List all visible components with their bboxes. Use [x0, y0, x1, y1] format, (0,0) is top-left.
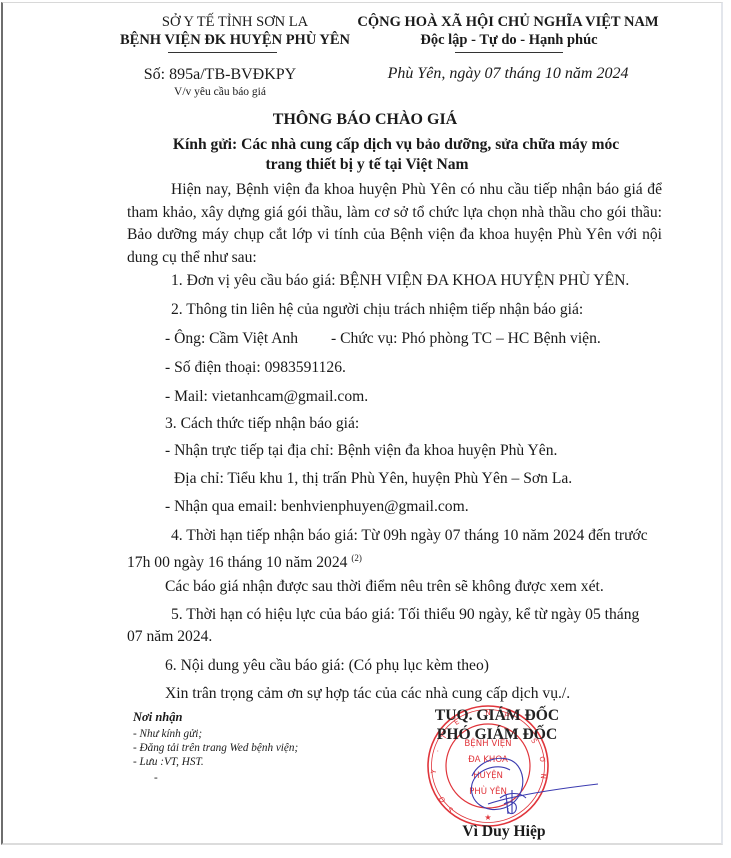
intro-paragraph: Hiện nay, Bệnh viện đa khoa huyện Phù Yê… [127, 179, 662, 269]
header-left-underline [168, 52, 277, 53]
addressee-line-2: trang thiết bị y tế tại Việt Nam [265, 156, 468, 174]
signer-name: Vì Duy Hiệp [462, 823, 545, 841]
contact-mail: - Mail: vietanhcam@gmail.com. [165, 387, 368, 407]
closing-thanks: Xin trân trọng cảm ơn sự hợp tác của các… [165, 684, 570, 704]
organization-name: BỆNH VIỆN ĐK HUYỆN PHÙ YÊN [120, 32, 350, 49]
svg-text:Ơ: Ơ [437, 794, 447, 804]
place-date: Phù Yên, ngày 07 tháng 10 năm 2024 [388, 65, 629, 83]
item-5-line-1: 5. Thời hạn có hiệu lực của báo giá: Tối… [171, 605, 639, 625]
signature-authority: TUQ. GIÁM ĐỐC [435, 707, 559, 725]
national-motto: Độc lập - Tự do - Hạnh phúc [420, 32, 597, 49]
contact-position: - Chức vụ: Phó phòng TC – HC Bệnh viện. [331, 329, 601, 349]
contact-name: - Ông: Cầm Việt Anh [165, 329, 298, 349]
document-number: Số: 895a/TB-BVĐKPY [144, 66, 296, 84]
item-4-line-2: 17h 00 ngày 16 tháng 10 năm 2024 (2) [127, 548, 362, 573]
recipient-item: - Đăng tải trên trang Wed bệnh viện; [133, 741, 298, 755]
contact-phone: - Số điện thoại: 0983591126. [165, 358, 346, 378]
svg-text:Y: Y [430, 768, 439, 775]
item-6: 6. Nội dung yêu cầu báo giá: (Có phụ lục… [165, 656, 489, 676]
national-title: CỘNG HOÀ XÃ HỘI CHỦ NGHĨA VIỆT NAM [357, 14, 658, 31]
recipient-item: - Như kính gửi; [133, 727, 202, 741]
item-2: 2. Thông tin liên hệ của người chịu trác… [171, 300, 583, 320]
footnote-ref: (2) [351, 553, 362, 563]
document-subject: V/v yêu cầu báo giá [174, 86, 266, 98]
item-4-line-1: 4. Thời hạn tiếp nhận báo giá: Từ 09h ng… [171, 526, 648, 546]
receive-address: Địa chỉ: Tiểu khu 1, thị trấn Phù Yên, h… [174, 469, 572, 489]
recipients-heading: Nơi nhận [133, 710, 182, 725]
agency-name: SỞ Y TẾ TỈNH SƠN LA [162, 14, 308, 31]
header-right-underline [455, 52, 563, 53]
late-notice: Các báo giá nhận được sau thời điểm nêu … [165, 577, 604, 597]
document-title: THÔNG BÁO CHÀO GIÁ [273, 111, 457, 129]
handwritten-signature [460, 740, 600, 820]
recipient-item: - [154, 771, 158, 785]
svg-text:·: · [434, 748, 442, 753]
receive-direct: - Nhận trực tiếp tại địa chỉ: Bệnh viện … [165, 441, 557, 461]
recipient-item: - Lưu :VT, HST. [133, 755, 204, 769]
item-5-line-2: 07 năm 2024. [127, 627, 212, 647]
item-3: 3. Cách thức tiếp nhận báo giá: [165, 414, 359, 434]
item-4-deadline: 17h 00 ngày 16 tháng 10 năm 2024 [127, 554, 347, 571]
item-1: 1. Đơn vị yêu cầu báo giá: BỆNH VIỆN ĐA … [171, 271, 629, 291]
addressee-line-1: Kính gửi: Các nhà cung cấp dịch vụ bảo d… [173, 136, 619, 154]
receive-email: - Nhận qua email: benhvienphuyen@gmail.c… [165, 497, 469, 517]
intro-text: Hiện nay, Bệnh viện đa khoa huyện Phù Yê… [127, 181, 662, 266]
